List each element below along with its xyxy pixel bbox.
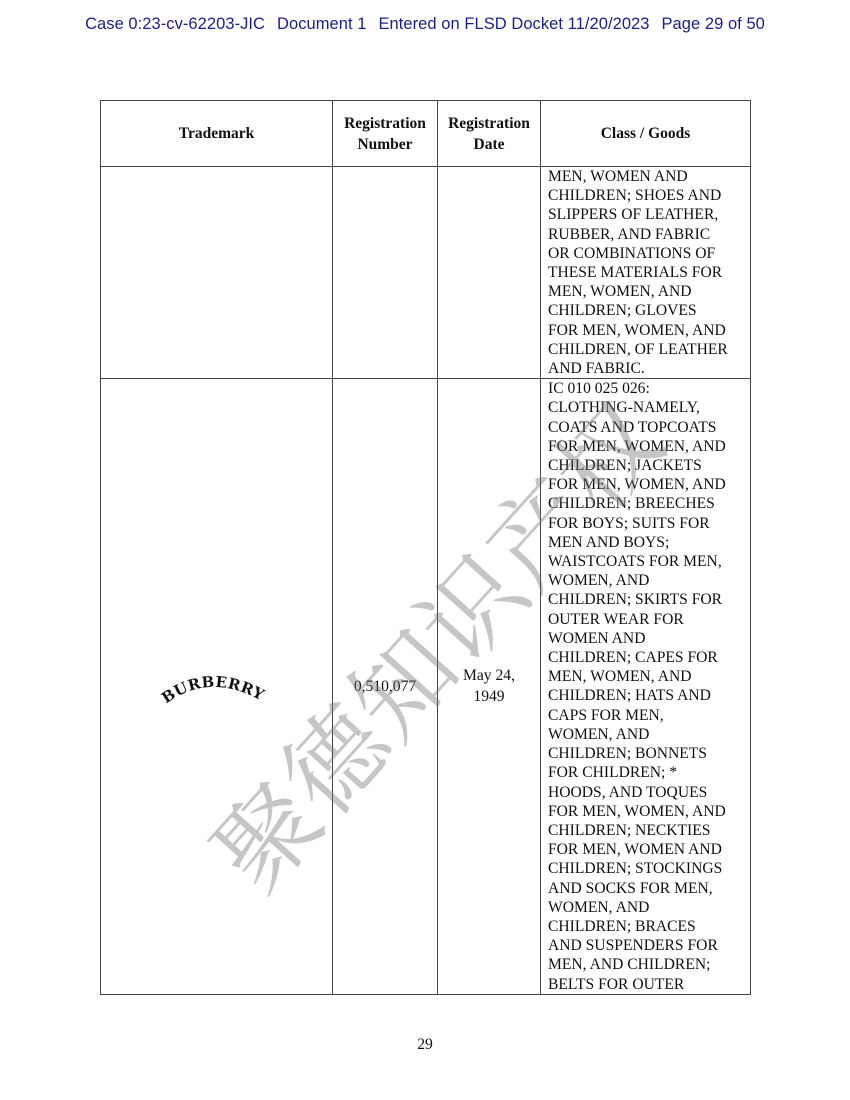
column-header-registration-date: Registration Date (438, 101, 541, 167)
class-goods-cell: MEN, WOMEN AND CHILDREN; SHOES AND SLIPP… (541, 167, 751, 379)
trademark-table: Trademark Registration Number Registrati… (100, 100, 751, 995)
burberry-logo-icon: BURBERRY (158, 670, 268, 710)
case-number: Case 0:23-cv-62203-JIC (85, 15, 265, 33)
table-row: MEN, WOMEN AND CHILDREN; SHOES AND SLIPP… (101, 167, 751, 379)
svg-text:BURBERRY: BURBERRY (158, 673, 267, 707)
trademark-cell: BURBERRY (101, 379, 333, 995)
class-goods-cell: IC 010 025 026: CLOTHING-NAMELY, COATS A… (541, 379, 751, 995)
column-header-registration-number: Registration Number (333, 101, 438, 167)
registration-date-cell: May 24, 1949 (438, 379, 541, 995)
registration-number-cell: 0,510,077 (333, 379, 438, 995)
column-header-trademark: Trademark (101, 101, 333, 167)
table-row: BURBERRY 0,510,077 May 24, 1949 IC 010 0… (101, 379, 751, 995)
trademark-cell (101, 167, 333, 379)
column-header-class-goods: Class / Goods (541, 101, 751, 167)
registration-number-cell (333, 167, 438, 379)
case-header: Case 0:23-cv-62203-JICDocument 1Entered … (0, 15, 850, 34)
registration-date-cell (438, 167, 541, 379)
trademark-logo: BURBERRY (101, 662, 332, 710)
table-header-row: Trademark Registration Number Registrati… (101, 101, 751, 167)
docket-entry: Entered on FLSD Docket 11/20/2023 (378, 15, 649, 33)
page-number: 29 (0, 1036, 850, 1054)
document-number: Document 1 (277, 15, 366, 33)
page-of: Page 29 of 50 (662, 15, 765, 33)
